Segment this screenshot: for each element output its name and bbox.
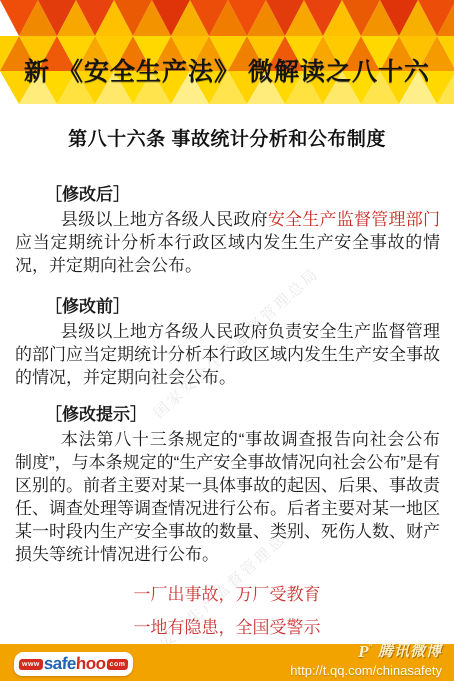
paragraph-after-highlight: 安全生产监督管理部门 bbox=[268, 210, 440, 229]
article-body: 第八十六条 事故统计分析和公布制度 ［修改后］ 县级以上地方各级人民政府安全生产… bbox=[0, 104, 454, 644]
slogan-line-1: 一厂出事故，万厂受教育 bbox=[0, 578, 454, 611]
article-title: 第八十六条 事故统计分析和公布制度 bbox=[0, 104, 454, 151]
section-label-after: ［修改后］ bbox=[45, 183, 439, 206]
section-label-before: ［修改前］ bbox=[45, 295, 439, 318]
logo-www-tab: www bbox=[19, 658, 43, 669]
paragraph-after-pre: 县级以上地方各级人民政府 bbox=[61, 210, 268, 229]
slogan-block: 一厂出事故，万厂受教育 一地有隐患，全国受警示 bbox=[0, 578, 454, 644]
logo-com-tab: com bbox=[106, 658, 128, 669]
slogan-line-2: 一地有隐患，全国受警示 bbox=[0, 611, 454, 644]
paragraph-note: 本法第八十三条规定的“事故调查报告向社会公布制度”，与本条规定的“生产安全事故情… bbox=[15, 428, 440, 566]
weibo-url-text: http://t.qq.com/chinasafety bbox=[290, 664, 442, 678]
poster-page: 新 《安全生产法》 微解读之八十六 第八十六条 事故统计分析和公布制度 ［修改后… bbox=[0, 0, 454, 681]
tencent-weibo-block: P 腾讯微博 http://t.qq.com/chinasafety bbox=[290, 643, 442, 678]
paragraph-before: 县级以上地方各级人民政府负责安全生产监督管理的部门应当定期统计分析本行政区域内发… bbox=[15, 320, 440, 389]
paragraph-after-post: 应当定期统计分析本行政区域内发生生产安全事故的情况，并定期向社会公布。 bbox=[15, 233, 440, 275]
footer-bar: www safe hoo com P 腾讯微博 http://t.qq.com/… bbox=[0, 644, 454, 681]
tencent-weibo-logo: P 腾讯微博 bbox=[358, 643, 442, 662]
logo-safe-text: safe bbox=[43, 654, 76, 674]
tencent-weibo-name: 腾讯微博 bbox=[378, 644, 442, 661]
paragraph-after: 县级以上地方各级人民政府安全生产监督管理部门应当定期统计分析本行政区域内发生生产… bbox=[15, 208, 440, 277]
header-banner: 新 《安全生产法》 微解读之八十六 bbox=[0, 0, 454, 104]
logo-hoo-text: hoo bbox=[75, 654, 106, 674]
header-title: 新 《安全生产法》 微解读之八十六 bbox=[0, 52, 454, 88]
tencent-weibo-icon: P bbox=[358, 643, 373, 662]
safehoo-logo: www safe hoo com bbox=[13, 652, 134, 676]
section-label-note: ［修改提示］ bbox=[45, 403, 439, 426]
